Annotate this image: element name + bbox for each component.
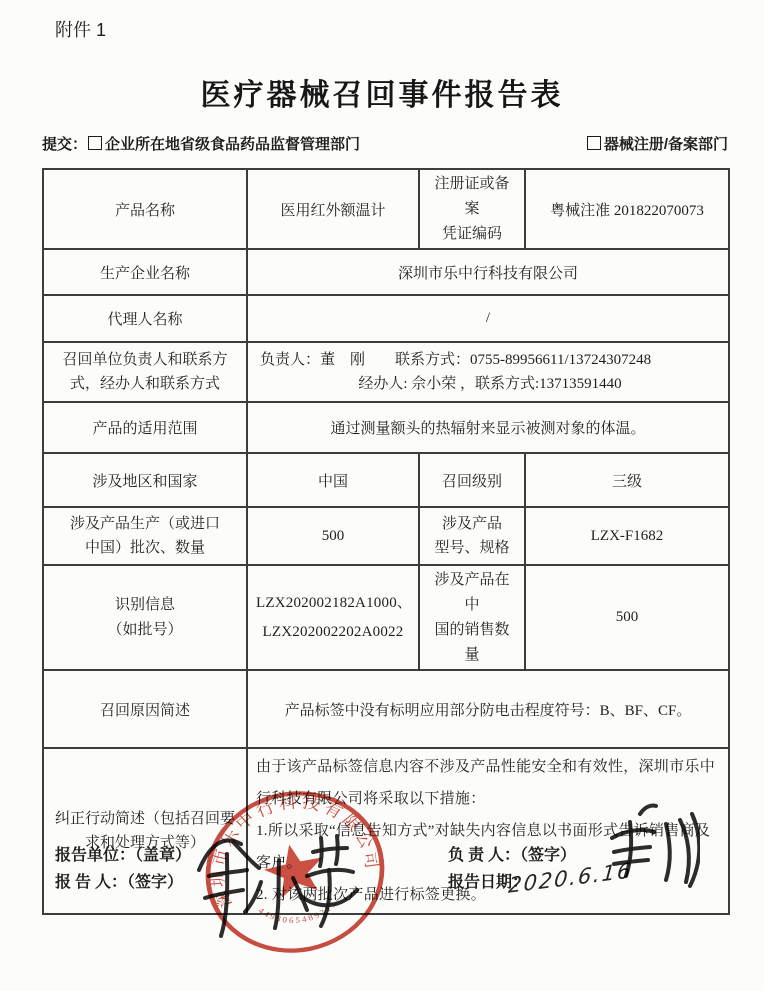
batch-quantity-label: 涉及产品生产（或进口中国）批次、数量 <box>43 507 247 565</box>
registration-code-label: 注册证或备案凭证编码 <box>419 169 525 249</box>
recall-level-label: 召回级别 <box>419 453 525 507</box>
signature-stroke <box>321 870 330 926</box>
manufacturer-label: 生产企业名称 <box>43 249 247 295</box>
signature-stroke <box>614 860 648 864</box>
scope-label: 产品的适用范围 <box>43 402 247 453</box>
label-line: 涉及产品 <box>428 512 516 537</box>
label-line: 注册证或备案 <box>428 172 516 222</box>
label-line: 式，经办人和联系方式 <box>52 372 238 397</box>
scope-value: 通过测量额头的热辐射来显示被测对象的体温。 <box>247 402 729 453</box>
regions-value: 中国 <box>247 453 419 507</box>
product-name-label: 产品名称 <box>43 169 247 249</box>
scanned-document-page: 附件 1 医疗器械召回事件报告表 提交：企业所在地省级食品药品监督管理部门 器械… <box>0 0 764 991</box>
signature-stroke <box>233 842 259 868</box>
contact-line-handler: 经办人: 佘小荣 ，联系方式:13713591440 <box>260 372 720 397</box>
signature-stroke <box>640 805 656 814</box>
manufacturer-value: 深圳市乐中行科技有限公司 <box>247 249 729 295</box>
label-line: 凭证编码 <box>428 222 516 247</box>
table-row: 召回单位负责人和联系方式，经办人和联系方式 负责人：董 刚 联系方式：0755-… <box>43 342 729 402</box>
contact-line-responsible: 负责人：董 刚 联系方式：0755-89956611/13724307248 <box>260 348 720 373</box>
table-row: 涉及产品生产（或进口中国）批次、数量 500 涉及产品型号、规格 LZX-F16… <box>43 507 729 565</box>
recall-contact-label: 召回单位负责人和联系方式，经办人和联系方式 <box>43 342 247 402</box>
checkbox-icon <box>587 136 601 150</box>
attachment-label: 附件 1 <box>55 16 106 42</box>
label-line: 涉及产品在中 <box>428 568 516 618</box>
regions-label: 涉及地区和国家 <box>43 453 247 507</box>
label-line: 型号、规格 <box>428 536 516 561</box>
table-row: 识别信息（如批号） LZX202002182A1000、LZX202002202… <box>43 565 729 670</box>
model-spec-value: LZX-F1682 <box>525 507 729 565</box>
checkbox-icon <box>88 136 102 150</box>
report-unit-label: 报告单位：（盖章） <box>55 842 191 869</box>
batch-code-line: LZX202002202A0022 <box>256 618 410 647</box>
reporter-signature <box>185 818 370 948</box>
signature-stroke <box>275 860 279 928</box>
page-title: 医疗器械召回事件报告表 <box>0 70 764 114</box>
batch-quantity-value: 500 <box>247 507 419 565</box>
product-name-value: 医用红外额温计 <box>247 169 419 249</box>
table-row: 涉及地区和国家 中国 召回级别 三级 <box>43 453 729 507</box>
signature-stroke <box>666 824 670 880</box>
table-row: 召回原因简述 产品标签中没有标明应用部分防电击程度符号：B、BF、CF。 <box>43 670 729 748</box>
table-row: 代理人名称 / <box>43 295 729 342</box>
label-line: 国的销售数量 <box>428 618 516 668</box>
table-row: 产品的适用范围 通过测量额头的热辐射来显示被测对象的体温。 <box>43 402 729 453</box>
reporter-label: 报 告 人：（签字） <box>55 869 191 896</box>
label-line: 召回单位负责人和联系方 <box>52 348 238 373</box>
submit-left: 提交：企业所在地省级食品药品监督管理部门 <box>42 133 360 154</box>
responsible-person-label: 负 责 人：（签字） <box>448 842 576 869</box>
model-spec-label: 涉及产品型号、规格 <box>419 507 525 565</box>
signature-stroke <box>680 820 689 882</box>
recall-reason-label: 召回原因简述 <box>43 670 247 748</box>
submit-right: 器械注册/备案部门 <box>586 133 728 154</box>
signature-stroke <box>336 836 338 864</box>
china-sales-value: 500 <box>525 565 729 670</box>
identification-value: LZX202002182A1000、LZX202002202A0022 <box>247 565 419 670</box>
responsible-signature <box>600 800 700 895</box>
recall-reason-value: 产品标签中没有标明应用部分防电击程度符号：B、BF、CF。 <box>247 670 729 748</box>
label-line: 识别信息 <box>52 593 238 618</box>
agent-name-value: / <box>247 295 729 342</box>
signature-stroke <box>293 878 307 910</box>
agent-name-label: 代理人名称 <box>43 295 247 342</box>
signature-stroke <box>205 890 243 898</box>
identification-label: 识别信息（如批号） <box>43 565 247 670</box>
label-line: （如批号） <box>52 618 238 643</box>
submit-option-registration: 器械注册/备案部门 <box>604 136 728 153</box>
recall-contact-value: 负责人：董 刚 联系方式：0755-89956611/13724307248 经… <box>247 342 729 402</box>
footer-left-block: 报告单位：（盖章） 报 告 人：（签字） <box>55 842 191 896</box>
signature-stroke <box>245 882 261 912</box>
table-row: 产品名称 医用红外额温计 注册证或备案凭证编码 粤械注准 20182207007… <box>43 169 729 249</box>
signature-stroke <box>320 838 322 866</box>
submit-line: 提交：企业所在地省级食品药品监督管理部门 器械注册/备案部门 <box>42 133 728 154</box>
label-line: 涉及产品生产（或进口 <box>52 512 238 537</box>
recall-level-value: 三级 <box>525 453 729 507</box>
submit-prefix: 提交： <box>42 136 87 153</box>
china-sales-label: 涉及产品在中国的销售数量 <box>419 565 525 670</box>
batch-code-line: LZX202002182A1000、 <box>256 589 410 618</box>
registration-code-value: 粤械注准 201822070073 <box>525 169 729 249</box>
submit-option-provincial: 企业所在地省级食品药品监督管理部门 <box>105 136 360 153</box>
table-row: 生产企业名称 深圳市乐中行科技有限公司 <box>43 249 729 295</box>
label-line: 中国）批次、数量 <box>52 536 238 561</box>
signature-stroke <box>313 848 347 852</box>
signature-stroke <box>690 814 699 886</box>
